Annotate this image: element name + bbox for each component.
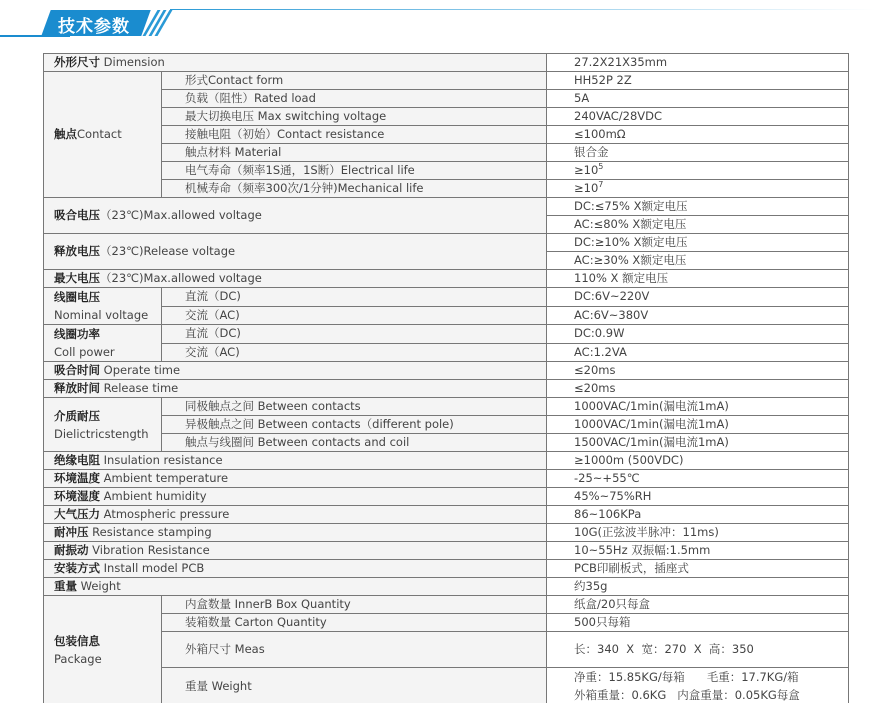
table-row: 安装方式 Install model PCB PCB印刷板式，插座式 xyxy=(44,560,849,578)
table-row: 环境湿度 Ambient humidity 45%~75%RH xyxy=(44,488,849,506)
table-row: 触点Contact 形式Contact form HH52P 2Z xyxy=(44,72,849,90)
contact-value: ≥107 xyxy=(547,180,849,198)
contact-sub-label: 电气寿命（频率1S通，1S断）Electrical life xyxy=(162,162,547,180)
table-row: 环境温度 Ambient temperature -25~+55℃ xyxy=(44,470,849,488)
dielectric-value: 1000VAC/1min(漏电流1mA) xyxy=(547,398,849,416)
contact-value: 银合金 xyxy=(547,144,849,162)
coil-dc-value: DC:0.9W xyxy=(547,325,849,344)
package-sub-label: 外箱尺寸 Meas xyxy=(162,632,547,668)
contact-value: ≥105 xyxy=(547,162,849,180)
contact-sub-label: 负载（阻性）Rated load xyxy=(162,90,547,108)
param-release-time: 释放时间 Release time xyxy=(44,380,547,398)
table-row: 异极触点之间 Between contacts（different pole) … xyxy=(44,416,849,434)
table-row: 最大电压（23℃)Max.allowed voltage 110% X 额定电压 xyxy=(44,270,849,288)
param-nominal-voltage: 线圈电压Nominal voltage xyxy=(44,288,162,325)
contact-sub-label: 触点材料 Material xyxy=(162,144,547,162)
table-row: 释放时间 Release time ≤20ms xyxy=(44,380,849,398)
param-weight: 重量 Weight xyxy=(44,578,547,596)
value-max-voltage: 110% X 额定电压 xyxy=(547,270,849,288)
value-temperature: -25~+55℃ xyxy=(547,470,849,488)
param-temperature: 环境温度 Ambient temperature xyxy=(44,470,547,488)
param-operate-time: 吸合时间 Operate time xyxy=(44,362,547,380)
contact-sub-label: 形式Contact form xyxy=(162,72,547,90)
contact-sub-label: 机械寿命（频率300次/1分钟)Mechanical life xyxy=(162,180,547,198)
spec-table: 外形尺寸 Dimension 27.2X21X35mm 触点Contact 形式… xyxy=(43,53,849,703)
coil-dc-label: 直流（DC) xyxy=(162,325,547,344)
param-release-voltage: 释放电压（23℃)Release voltage xyxy=(44,234,547,270)
contact-value: HH52P 2Z xyxy=(547,72,849,90)
table-row: 释放电压（23℃)Release voltage DC:≥10% X额定电压 xyxy=(44,234,849,252)
param-package: 包装信息Package xyxy=(44,596,162,703)
value-pickup-dc: DC:≤75% X额定电压 xyxy=(547,198,849,216)
nominal-dc-label: 直流（DC) xyxy=(162,288,547,307)
table-row: 吸合时间 Operate time ≤20ms xyxy=(44,362,849,380)
value-release-dc: DC:≥10% X额定电压 xyxy=(547,234,849,252)
package-sub-label: 内盒数量 InnerB Box Quantity xyxy=(162,596,547,614)
dielectric-sub-label: 异极触点之间 Between contacts（different pole) xyxy=(162,416,547,434)
package-value: 净重：15.85KG/每箱 毛重：17.7KG/箱外箱重量：0.6KG 内盒重量… xyxy=(547,668,849,703)
value-release-time: ≤20ms xyxy=(547,380,849,398)
param-dimension: 外形尺寸 Dimension xyxy=(44,54,547,72)
table-row: 交流（AC) AC:6V~380V xyxy=(44,306,849,325)
contact-value: ≤100mΩ xyxy=(547,126,849,144)
coil-ac-label: 交流（AC) xyxy=(162,343,547,362)
table-row: 重量 Weight 净重：15.85KG/每箱 毛重：17.7KG/箱外箱重量：… xyxy=(44,668,849,703)
param-coil-power: 线圈功率Coll power xyxy=(44,325,162,362)
table-row: 触点与线圈间 Between contacts and coil 1500VAC… xyxy=(44,434,849,452)
table-row: 耐振动 Vibration Resistance 10~55Hz 双振幅:1.5… xyxy=(44,542,849,560)
dielectric-sub-label: 触点与线圈间 Between contacts and coil xyxy=(162,434,547,452)
section-title: 技术参数 xyxy=(58,12,130,37)
table-row: 装箱数量 Carton Quantity 500只每箱 xyxy=(44,614,849,632)
nominal-ac-label: 交流（AC) xyxy=(162,306,547,325)
contact-value: 240VAC/28VDC xyxy=(547,108,849,126)
table-row: 大气压力 Atmospheric pressure 86~106KPa xyxy=(44,506,849,524)
value-insulation: ≥1000m (500VDC) xyxy=(547,452,849,470)
param-pickup-voltage: 吸合电压（23℃)Max.allowed voltage xyxy=(44,198,547,234)
contact-value: 5A xyxy=(547,90,849,108)
table-row: 交流（AC) AC:1.2VA xyxy=(44,343,849,362)
param-contact: 触点Contact xyxy=(44,72,162,198)
param-insulation: 绝缘电阻 Insulation resistance xyxy=(44,452,547,470)
table-row: 重量 Weight 约35g xyxy=(44,578,849,596)
table-row: 包装信息Package 内盒数量 InnerB Box Quantity 纸盒/… xyxy=(44,596,849,614)
value-humidity: 45%~75%RH xyxy=(547,488,849,506)
value-pickup-ac: AC:≤80% X额定电压 xyxy=(547,216,849,234)
table-row: 机械寿命（频率300次/1分钟)Mechanical life ≥107 xyxy=(44,180,849,198)
package-value: 长：340 X 宽：270 X 高：350 xyxy=(547,632,849,668)
table-row: 线圈功率Coll power 直流（DC) DC:0.9W xyxy=(44,325,849,344)
table-row: 耐冲压 Resistance stamping 10G(正弦波半脉冲：11ms) xyxy=(44,524,849,542)
package-value: 纸盒/20只每盒 xyxy=(547,596,849,614)
value-vibration: 10~55Hz 双振幅:1.5mm xyxy=(547,542,849,560)
contact-sub-label: 最大切换电压 Max switching voltage xyxy=(162,108,547,126)
table-row: 触点材料 Material 银合金 xyxy=(44,144,849,162)
dielectric-value: 1000VAC/1min(漏电流1mA) xyxy=(547,416,849,434)
table-row: 电气寿命（频率1S通，1S断）Electrical life ≥105 xyxy=(44,162,849,180)
value-weight: 约35g xyxy=(547,578,849,596)
param-max-voltage: 最大电压（23℃)Max.allowed voltage xyxy=(44,270,547,288)
value-dimension: 27.2X21X35mm xyxy=(547,54,849,72)
table-row: 最大切换电压 Max switching voltage 240VAC/28VD… xyxy=(44,108,849,126)
value-release-ac: AC:≥30% X额定电压 xyxy=(547,252,849,270)
value-pressure: 86~106KPa xyxy=(547,506,849,524)
value-operate-time: ≤20ms xyxy=(547,362,849,380)
table-row: 外形尺寸 Dimension 27.2X21X35mm xyxy=(44,54,849,72)
param-vibration: 耐振动 Vibration Resistance xyxy=(44,542,547,560)
dielectric-value: 1500VAC/1min(漏电流1mA) xyxy=(547,434,849,452)
table-row: 接触电阻（初始）Contact resistance ≤100mΩ xyxy=(44,126,849,144)
param-dielectric: 介质耐压Dielictricstength xyxy=(44,398,162,452)
param-install: 安装方式 Install model PCB xyxy=(44,560,547,578)
nominal-dc-value: DC:6V~220V xyxy=(547,288,849,307)
table-row: 负载（阻性）Rated load 5A xyxy=(44,90,849,108)
package-sub-label: 装箱数量 Carton Quantity xyxy=(162,614,547,632)
package-value: 500只每箱 xyxy=(547,614,849,632)
coil-ac-value: AC:1.2VA xyxy=(547,343,849,362)
nominal-ac-value: AC:6V~380V xyxy=(547,306,849,325)
section-header: 技术参数 xyxy=(0,0,875,40)
param-shock: 耐冲压 Resistance stamping xyxy=(44,524,547,542)
dielectric-sub-label: 同极触点之间 Between contacts xyxy=(162,398,547,416)
table-row: 介质耐压Dielictricstength 同极触点之间 Between con… xyxy=(44,398,849,416)
header-stripes-decoration xyxy=(146,10,170,36)
table-row: 吸合电压（23℃)Max.allowed voltage DC:≤75% X额定… xyxy=(44,198,849,216)
param-pressure: 大气压力 Atmospheric pressure xyxy=(44,506,547,524)
param-humidity: 环境湿度 Ambient humidity xyxy=(44,488,547,506)
table-row: 绝缘电阻 Insulation resistance ≥1000m (500VD… xyxy=(44,452,849,470)
header-top-line xyxy=(170,9,875,10)
package-sub-label: 重量 Weight xyxy=(162,668,547,703)
value-install: PCB印刷板式，插座式 xyxy=(547,560,849,578)
contact-sub-label: 接触电阻（初始）Contact resistance xyxy=(162,126,547,144)
table-row: 外箱尺寸 Meas 长：340 X 宽：270 X 高：350 xyxy=(44,632,849,668)
table-row: 线圈电压Nominal voltage 直流（DC) DC:6V~220V xyxy=(44,288,849,307)
value-shock: 10G(正弦波半脉冲：11ms) xyxy=(547,524,849,542)
